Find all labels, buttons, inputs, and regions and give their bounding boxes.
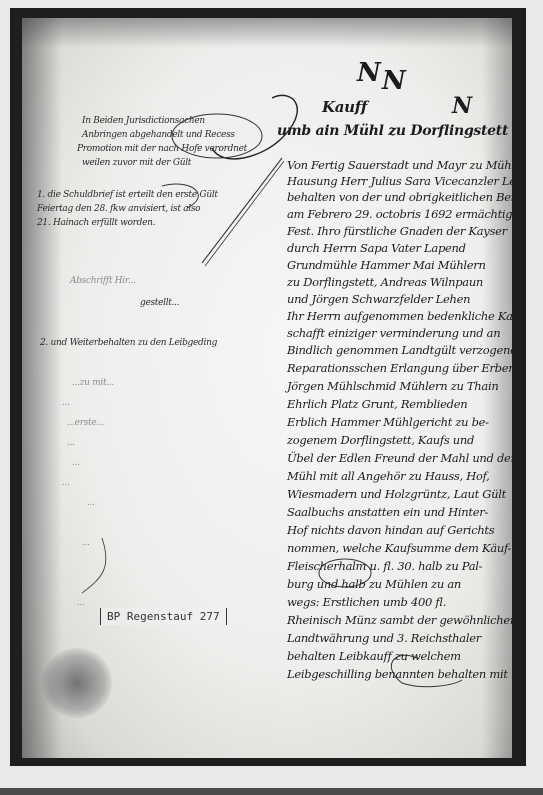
margin-note: 2. und Weiterbehalten zu den Leibgeding xyxy=(40,338,217,348)
body-line: behalten Leibkauff zu welchem xyxy=(287,649,461,663)
body-line: Grundmühle Hammer Mai Mühlern xyxy=(287,258,486,272)
body-line: durch Herrn Sapa Vater Lapend xyxy=(287,241,466,255)
faded-margin-note: ... xyxy=(82,538,90,548)
body-line: zogenem Dorflingstett, Kaufs und xyxy=(287,433,474,447)
faded-margin-note: ... xyxy=(87,498,95,508)
faded-margin-note: ...zu mit... xyxy=(72,378,114,388)
body-line: Reparationsschen Erlangung über Erben xyxy=(287,361,512,375)
body-line: Wiesmadern und Holzgrüntz, Laut Gült xyxy=(287,487,506,501)
margin-note: Feiertag den 28. fkw anvisiert, ist also xyxy=(37,204,200,214)
margin-note: Promotion mit der nach Hofe verordnet xyxy=(77,144,247,154)
body-line: burg und halb zu Mühlen zu an xyxy=(287,577,461,591)
folio-mark: N xyxy=(357,58,380,88)
heading-line-1: Kauff xyxy=(322,98,367,116)
scan-bottom-edge xyxy=(0,788,543,795)
body-line: Fleischerhalm u. fl. 30. halb zu Pal- xyxy=(287,559,482,573)
body-line: Jörgen Mühlschmid Mühlern zu Thain xyxy=(287,379,498,393)
faded-margin-note: ... xyxy=(67,438,75,448)
margin-note: In Beiden Jurisdictionsachen xyxy=(82,116,205,126)
body-line: Leibgeschilling benannten behalten mit xyxy=(287,667,508,681)
body-line: Rheinisch Münz sambt der gewöhnlichen xyxy=(287,613,512,627)
margin-note: 1. die Schuldbrief ist erteilt den erste… xyxy=(37,190,218,200)
body-line: Saalbuchs anstatten ein und Hinter- xyxy=(287,505,488,519)
body-line: nommen, welche Kaufsumme dem Käuf- xyxy=(287,541,511,555)
margin-note: Abschrifft Hir... xyxy=(70,276,136,286)
faded-margin-note: ...erste... xyxy=(67,418,104,428)
manuscript-page: N N N Kauff umb ain Mühl zu Dorflingstet… xyxy=(22,18,512,758)
body-line: wegs: Erstlichen umb 400 fl. xyxy=(287,595,446,609)
ink-stain xyxy=(42,648,112,718)
margin-note: weilen zuvor mit der Gült xyxy=(82,158,191,168)
margin-note: Anbringen abgehandelt und Recess xyxy=(82,130,235,140)
body-line: Hof nichts davon hindan auf Gerichts xyxy=(287,523,494,537)
body-line: zu Dorflingstett, Andreas Wilnpaun xyxy=(287,275,483,289)
folio-mark: N xyxy=(452,93,472,119)
body-line: behalten von der und obrigkeitlichen Bei… xyxy=(287,190,512,204)
margin-note: 21. Hainach erfüllt worden. xyxy=(37,218,155,228)
faded-margin-note: ... xyxy=(77,598,85,608)
body-line: schafft einiziger verminderung und an xyxy=(287,326,500,340)
body-line: Ehrlich Platz Grunt, Remblieden xyxy=(287,397,467,411)
faded-margin-note: ... xyxy=(72,458,80,468)
body-line: und Jörgen Schwarzfelder Lehen xyxy=(287,292,470,306)
body-line: Hausung Herr Julius Sara Vicecanzler Leu xyxy=(287,174,512,188)
body-line: Erblich Hammer Mühlgericht zu be- xyxy=(287,415,489,429)
body-line: am Febrero 29. octobris 1692 ermächtig xyxy=(287,207,512,221)
body-line: Mühl mit all Angehör zu Hauss, Hof, xyxy=(287,469,490,483)
body-line: Fest. Ihro fürstliche Gnaden der Kayser xyxy=(287,224,507,238)
body-line: Übel der Edlen Freund der Mahl und der xyxy=(287,451,512,465)
body-line: Ihr Herrn aufgenommen bedenkliche Kauf xyxy=(287,309,512,323)
faded-margin-note: ... xyxy=(62,398,70,408)
heading-line-2: umb ain Mühl zu Dorflingstett xyxy=(277,123,508,139)
archive-stamp: BP Regenstauf 277 xyxy=(100,608,227,625)
faded-margin-note: ... xyxy=(62,478,70,488)
margin-note: gestellt... xyxy=(140,298,179,308)
folio-mark: N xyxy=(382,66,405,96)
body-line: Landtwährung und 3. Reichsthaler xyxy=(287,631,481,645)
body-line: Von Fertig Sauerstadt und Mayr zu Mühl xyxy=(287,158,512,172)
body-line: Bindlich genommen Landtgült verzogene xyxy=(287,343,512,357)
